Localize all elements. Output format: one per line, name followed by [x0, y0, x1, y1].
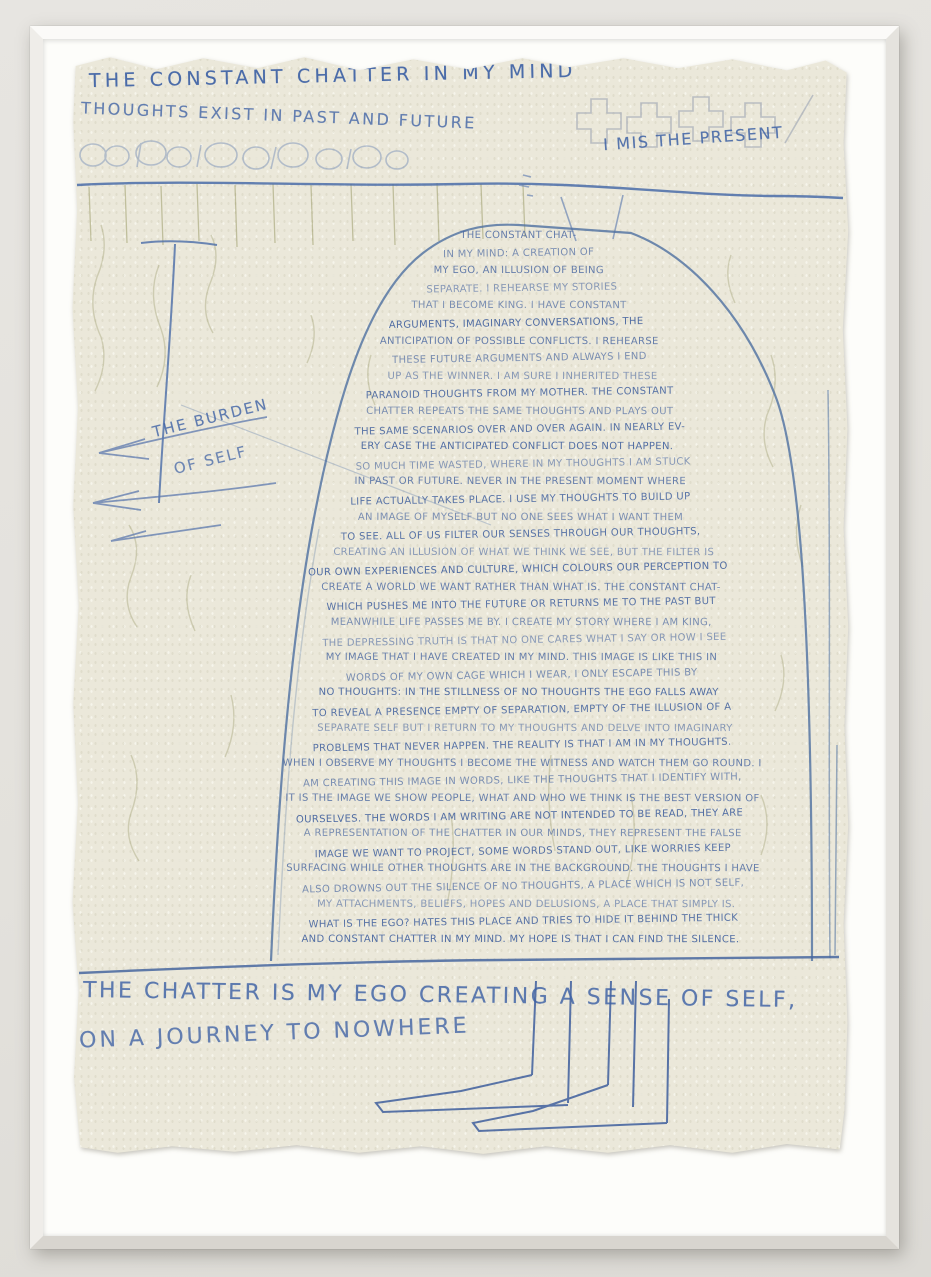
scribble-letters-doodle: [80, 141, 408, 169]
picture-frame: THE CONSTANT CHATTER IN MY MIND THOUGHTS…: [30, 26, 899, 1249]
mat-board: THE CONSTANT CHATTER IN MY MIND THOUGHTS…: [43, 39, 886, 1236]
dome-text-line: AND CONSTANT CHATTER IN MY MIND. MY HOPE…: [197, 930, 843, 948]
dome-chatter-text: THE CONSTANT CHAT-IN MY MIND: A CREATION…: [198, 225, 843, 951]
horizon-line: [77, 183, 843, 198]
torn-paper-artwork: THE CONSTANT CHATTER IN MY MIND THOUGHTS…: [71, 55, 849, 1155]
wall-background: THE CONSTANT CHATTER IN MY MIND THOUGHTS…: [0, 0, 931, 1277]
paper-shadow-wrap: THE CONSTANT CHATTER IN MY MIND THOUGHTS…: [71, 55, 849, 1155]
ground-line: [79, 957, 839, 973]
